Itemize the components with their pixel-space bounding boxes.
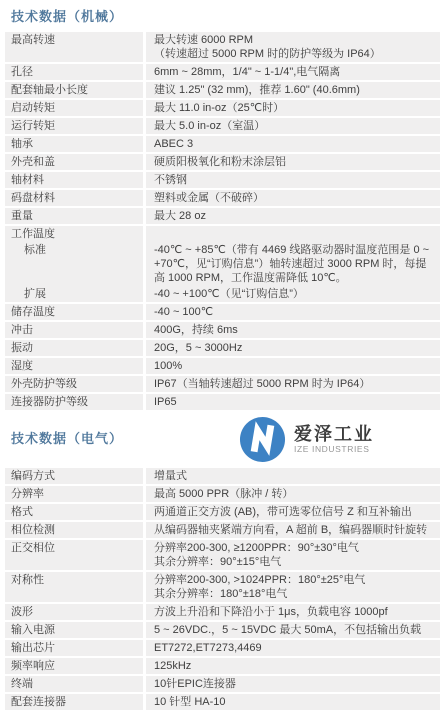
spec-row-label: 连接器防护等级 (5, 394, 143, 410)
spec-row: 最高转速最大转速 6000 RPM （转速超过 5000 RPM 时的防护等级为… (5, 32, 440, 62)
spec-row-label: 标准 (5, 242, 143, 286)
spec-row-label: 频率响应 (5, 658, 143, 674)
spec-row-value: 增量式 (146, 468, 440, 484)
spec-row-label: 最高转速 (5, 32, 143, 62)
spec-row-label: 轴承 (5, 136, 143, 152)
spec-row: 连接器防护等级IP65 (5, 394, 440, 410)
spec-row-label: 波形 (5, 604, 143, 620)
spec-row: 扩展-40 ~ +100℃（见“订购信息”） (5, 286, 440, 302)
spec-row: 输入电源5 ~ 26VDC.，5 ~ 15VDC 最大 50mA，不包括输出负载 (5, 622, 440, 638)
spec-row-label: 配套轴最小长度 (5, 82, 143, 98)
spec-row-value: ABEC 3 (146, 136, 440, 152)
spec-row-label: 孔径 (5, 64, 143, 80)
spec-row-label: 格式 (5, 504, 143, 520)
spec-row-value: 400G，持续 6ms (146, 322, 440, 338)
spec-row-label: 相位检测 (5, 522, 143, 538)
spec-row: 重量最大 28 oz (5, 208, 440, 224)
spec-row-value: 硬质阳极氧化和粉末涂层铝 (146, 154, 440, 170)
spec-row: 运行转矩最大 5.0 in-oz（室温） (5, 118, 440, 134)
spec-row: 孔径6mm ~ 28mm，1/4" ~ 1-1/4",电气隔离 (5, 64, 440, 80)
electrical-section-header: 技术数据（电气） 爱泽工业 IZE INDUSTRIES (5, 415, 440, 463)
electrical-spec-table: 编码方式增量式分辨率最高 5000 PPR（脉冲 / 转）格式两通道正交方波 (… (5, 468, 440, 710)
spec-row-label: 对称性 (5, 572, 143, 602)
spec-row: 轴材料不锈钢 (5, 172, 440, 188)
spec-row-value: -40 ~ 100℃ (146, 304, 440, 320)
spec-row-label: 冲击 (5, 322, 143, 338)
spec-row-value: 建议 1.25" (32 mm)，推荐 1.60" (40.6mm) (146, 82, 440, 98)
spec-row-value: -40 ~ +100℃（见“订购信息”） (146, 286, 440, 302)
spec-row-label: 工作温度 (5, 226, 143, 242)
spec-row: 启动转矩最大 11.0 in-oz（25℃时） (5, 100, 440, 116)
spec-row-value: 分辨率200-300, ≥1200PPR：90°±30°电气 其余分辨率：90°… (146, 540, 440, 570)
spec-row: 轴承ABEC 3 (5, 136, 440, 152)
spec-row-value: 100% (146, 358, 440, 374)
spec-row-label: 分辨率 (5, 486, 143, 502)
spec-row: 终端10针EPIC连接器 (5, 676, 440, 692)
ize-logo: 爱泽工业 IZE INDUSTRIES (239, 416, 374, 463)
spec-row: 输出芯片ET7272,ET7273,4469 (5, 640, 440, 656)
spec-row-label: 码盘材料 (5, 190, 143, 206)
spec-row-value: 10针EPIC连接器 (146, 676, 440, 692)
spec-row: 标准-40℃ ~ +85℃（带有 4469 线路驱动器时温度范围是 0 ~ +7… (5, 242, 440, 286)
spec-row-value: 分辨率200-300, >1024PPR：180°±25°电气 其余分辨率：18… (146, 572, 440, 602)
spec-row: 格式两通道正交方波 (AB)，带可选零位信号 Z 和互补输出 (5, 504, 440, 520)
spec-row-value: IP65 (146, 394, 440, 410)
spec-row: 编码方式增量式 (5, 468, 440, 484)
spec-row-value: 从编码器轴夹紧端方向看，A 超前 B，编码器顺时针旋转 (146, 522, 440, 538)
spec-row: 频率响应125kHz (5, 658, 440, 674)
spec-row-value: 塑料或金属（不破碎） (146, 190, 440, 206)
spec-row-value: 最大 11.0 in-oz（25℃时） (146, 100, 440, 116)
spec-row: 振动20G，5 ~ 3000Hz (5, 340, 440, 356)
spec-row-label: 外壳防护等级 (5, 376, 143, 392)
mechanical-spec-table: 最高转速最大转速 6000 RPM （转速超过 5000 RPM 时的防护等级为… (5, 32, 440, 410)
spec-row: 配套轴最小长度建议 1.25" (32 mm)，推荐 1.60" (40.6mm… (5, 82, 440, 98)
spec-row-label: 轴材料 (5, 172, 143, 188)
spec-row: 分辨率最高 5000 PPR（脉冲 / 转） (5, 486, 440, 502)
spec-row-value: 20G，5 ~ 3000Hz (146, 340, 440, 356)
logo-company-name: 爱泽工业 (294, 424, 374, 444)
spec-row-label: 振动 (5, 340, 143, 356)
spec-row-value: 125kHz (146, 658, 440, 674)
spec-row-label: 运行转矩 (5, 118, 143, 134)
spec-row-label: 储存温度 (5, 304, 143, 320)
spec-row: 外壳和盖硬质阳极氧化和粉末涂层铝 (5, 154, 440, 170)
spec-row-label: 输出芯片 (5, 640, 143, 656)
spec-row-label: 正交相位 (5, 540, 143, 570)
spec-row-value: 6mm ~ 28mm，1/4" ~ 1-1/4",电气隔离 (146, 64, 440, 80)
spec-row-value: 最大转速 6000 RPM （转速超过 5000 RPM 时的防护等级为 IP6… (146, 32, 440, 62)
section-title-electrical: 技术数据（电气） (11, 431, 123, 447)
spec-row: 储存温度-40 ~ 100℃ (5, 304, 440, 320)
spec-row-value (146, 226, 440, 242)
ize-circle-n-icon (239, 416, 286, 463)
section-title-mechanical: 技术数据（机械） (11, 9, 440, 25)
spec-row-value: IP67（当轴转速超过 5000 RPM 时为 IP64） (146, 376, 440, 392)
spec-row-label: 编码方式 (5, 468, 143, 484)
spec-row: 工作温度 (5, 226, 440, 242)
spec-row-value: 10 针型 HA-10 (146, 694, 440, 710)
spec-row: 相位检测从编码器轴夹紧端方向看，A 超前 B，编码器顺时针旋转 (5, 522, 440, 538)
spec-row-value: 两通道正交方波 (AB)，带可选零位信号 Z 和互补输出 (146, 504, 440, 520)
spec-row-label: 湿度 (5, 358, 143, 374)
spec-row-label: 扩展 (5, 286, 143, 302)
ize-logo-text: 爱泽工业 IZE INDUSTRIES (294, 424, 374, 455)
spec-row-label: 重量 (5, 208, 143, 224)
spec-row: 配套连接器10 针型 HA-10 (5, 694, 440, 710)
logo-company-subtitle: IZE INDUSTRIES (294, 444, 374, 455)
spec-row: 对称性分辨率200-300, >1024PPR：180°±25°电气 其余分辨率… (5, 572, 440, 602)
spec-row-value: 5 ~ 26VDC.，5 ~ 15VDC 最大 50mA，不包括输出负载 (146, 622, 440, 638)
spec-row: 外壳防护等级IP67（当轴转速超过 5000 RPM 时为 IP64） (5, 376, 440, 392)
spec-row-value: 最大 5.0 in-oz（室温） (146, 118, 440, 134)
spec-row: 码盘材料塑料或金属（不破碎） (5, 190, 440, 206)
spec-row-label: 输入电源 (5, 622, 143, 638)
spec-row-value: ET7272,ET7273,4469 (146, 640, 440, 656)
datasheet-page: 技术数据（机械） 最高转速最大转速 6000 RPM （转速超过 5000 RP… (0, 0, 445, 718)
spec-row-value: 方波上升沿和下降沿小于 1μs，负载电容 1000pf (146, 604, 440, 620)
spec-row-label: 外壳和盖 (5, 154, 143, 170)
spec-row-label: 启动转矩 (5, 100, 143, 116)
spec-row: 湿度100% (5, 358, 440, 374)
spec-row-label: 终端 (5, 676, 143, 692)
spec-row-value: 最大 28 oz (146, 208, 440, 224)
spec-row: 冲击400G，持续 6ms (5, 322, 440, 338)
spec-row: 正交相位分辨率200-300, ≥1200PPR：90°±30°电气 其余分辨率… (5, 540, 440, 570)
spec-row-value: -40℃ ~ +85℃（带有 4469 线路驱动器时温度范围是 0 ~ +70℃… (146, 242, 440, 286)
spec-row-value: 最高 5000 PPR（脉冲 / 转） (146, 486, 440, 502)
spec-row: 波形方波上升沿和下降沿小于 1μs，负载电容 1000pf (5, 604, 440, 620)
spec-row-label: 配套连接器 (5, 694, 143, 710)
spec-row-value: 不锈钢 (146, 172, 440, 188)
